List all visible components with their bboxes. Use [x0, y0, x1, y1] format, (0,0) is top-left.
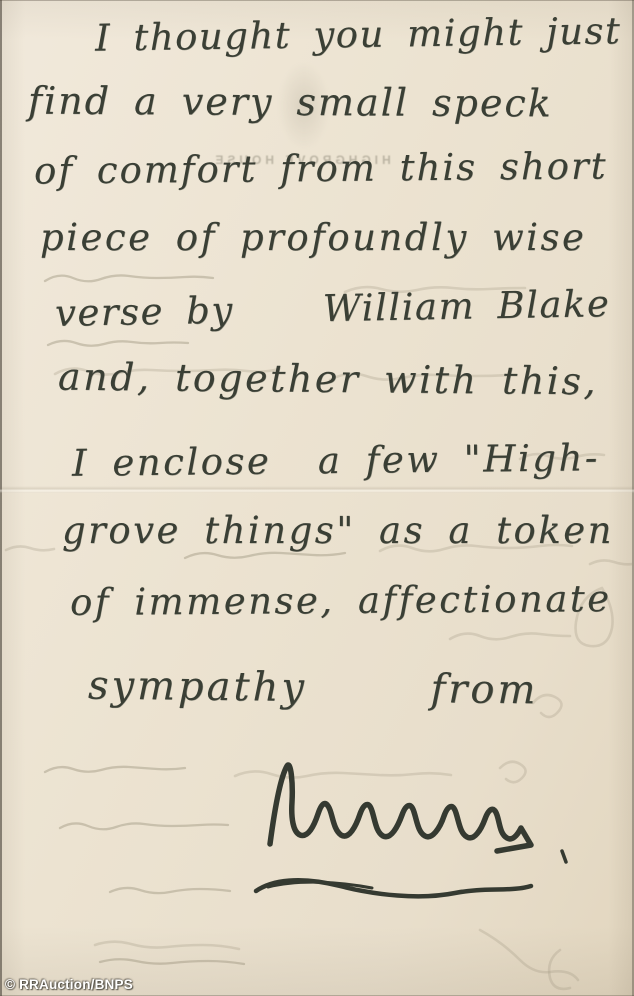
fold-crease [0, 486, 634, 493]
letter-line-7: I enclose a few "High- [72, 439, 600, 482]
letter-line-8: grove things" as a token [62, 512, 614, 549]
credit-watermark: © RRAuction/BNPS [5, 977, 133, 992]
letter-line-9: of immense, affectionate [70, 580, 612, 621]
letter-photo: HIGHGROVE HOUSE [0, 0, 634, 996]
letter-line-2: find a very small speck [28, 82, 553, 123]
letter-line-10: sympathy from [88, 666, 539, 711]
letter-line-1: I thought you might just [95, 12, 622, 56]
letter-line-5: verse by William Blake [55, 285, 611, 332]
letter-line-6: and, together with this, [58, 358, 598, 401]
letter-line-3: of comfort from this short [34, 147, 608, 189]
letter-line-4: piece of profoundly wise [40, 219, 586, 256]
